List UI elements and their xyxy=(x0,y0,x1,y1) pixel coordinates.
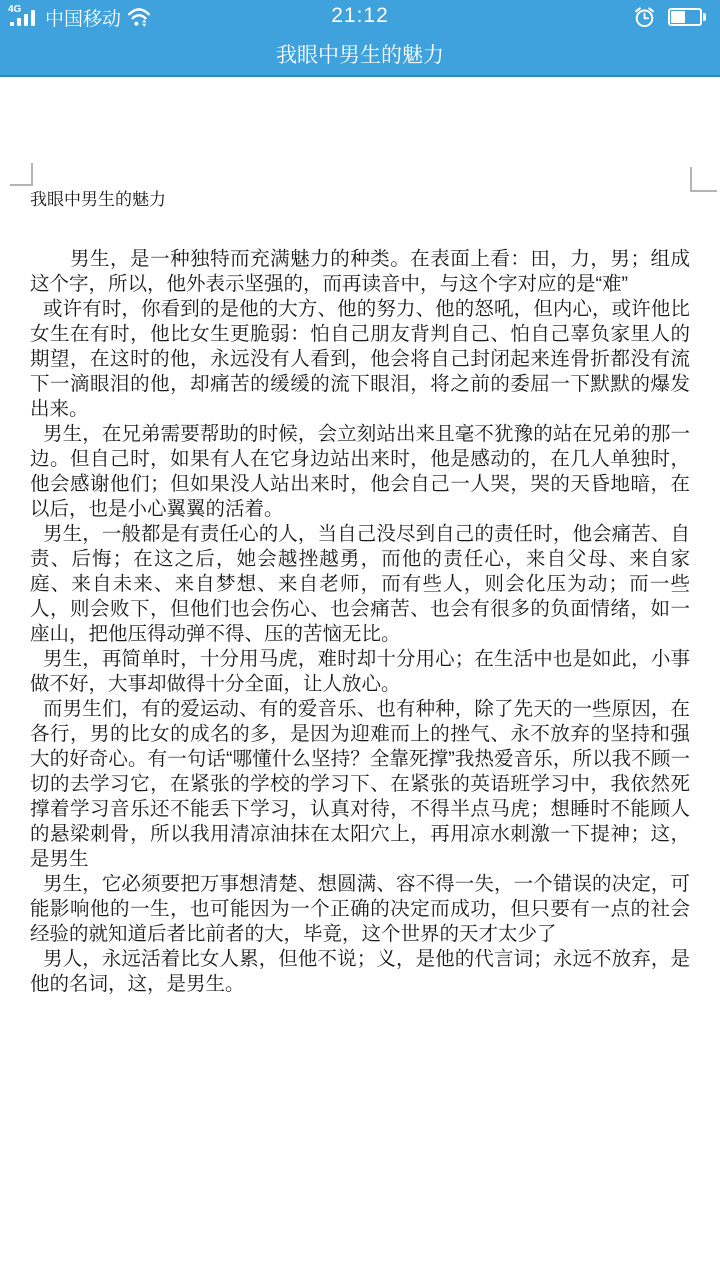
carrier-label: 中国移动 xyxy=(45,4,121,31)
status-bar: 4G 中国移动 21:12 xyxy=(0,0,720,32)
document-title: 我眼中男生的魅力 xyxy=(30,189,690,211)
paragraph: 男生，是一种独特而充满魅力的种类。在表面上看：田，力，男；组成这个字，所以，他外… xyxy=(30,247,690,297)
status-left-group: 4G 中国移动 xyxy=(8,4,155,31)
document-body: 男生，是一种独特而充满魅力的种类。在表面上看：田，力，男；组成这个字，所以，他外… xyxy=(30,247,690,997)
status-right-group xyxy=(633,6,706,29)
battery-fill xyxy=(671,11,685,23)
page-title: 我眼中男生的魅力 xyxy=(276,39,444,69)
document-content: 我眼中男生的魅力 男生，是一种独特而充满魅力的种类。在表面上看：田，力，男；组成… xyxy=(0,77,720,997)
network-type-label: 4G xyxy=(8,4,21,15)
margin-crop-mark-right xyxy=(690,167,717,192)
wifi-icon xyxy=(128,6,155,28)
paragraph: 男人，永远活着比女人累，但他不说；义，是他的代言词；永远不放弃，是他的名词，这，… xyxy=(30,947,690,997)
paragraph: 男生，在兄弟需要帮助的时候，会立刻站出来且毫不犹豫的站在兄弟的那一边。但自己时，… xyxy=(30,422,690,522)
top-bars: 4G 中国移动 21:12 xyxy=(0,0,720,77)
margin-crop-mark-left xyxy=(10,163,33,186)
document-page[interactable]: 我眼中男生的魅力 男生，是一种独特而充满魅力的种类。在表面上看：田，力，男；组成… xyxy=(0,77,720,1280)
paragraph: 或许有时，你看到的是他的大方、他的努力、他的怒吼，但内心，或许他比女生在有时，他… xyxy=(30,297,690,422)
paragraph: 男生，它必须要把万事想清楚、想圆满、容不得一失，一个错误的决定，可能影响他的一生… xyxy=(30,872,690,947)
status-time: 21:12 xyxy=(331,4,389,28)
battery-icon xyxy=(668,8,706,26)
cellular-signal-icon: 4G xyxy=(8,5,41,29)
alarm-clock-icon xyxy=(633,6,656,29)
paragraph: 男生，一般都是有责任心的人，当自己没尽到自己的责任时，他会痛苦、自责、后悔；在这… xyxy=(30,522,690,647)
title-bar: 我眼中男生的魅力 xyxy=(0,32,720,75)
paragraph: 男生，再简单时，十分用马虎，难时却十分用心；在生活中也是如此，小事做不好，大事却… xyxy=(30,647,690,697)
paragraph: 而男生们，有的爱运动、有的爱音乐、也有种种，除了先天的一些原因，在各行，男的比女… xyxy=(30,697,690,872)
